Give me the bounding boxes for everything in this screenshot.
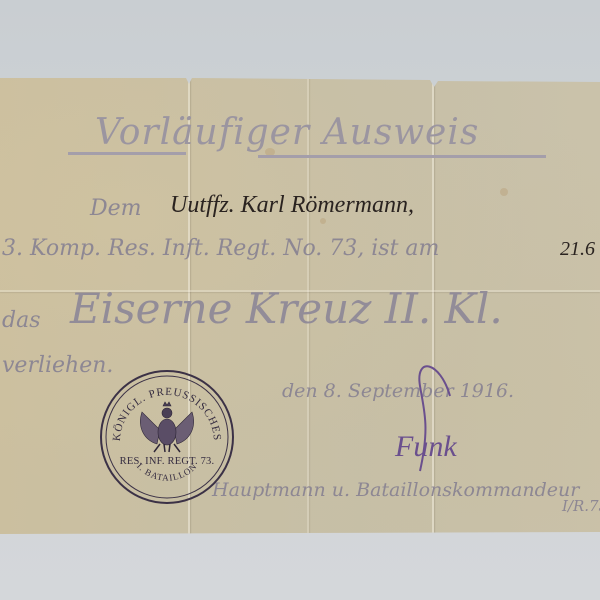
award-name: Eiserne Kreuz II. Kl. (70, 284, 503, 333)
award-date: 21.6 (560, 238, 595, 261)
line1-prefix: Dem (90, 196, 142, 221)
prussian-eagle-icon (140, 402, 193, 452)
line3-prefix: das (2, 308, 41, 333)
signature: Funk (395, 430, 457, 464)
issue-date: den 8. September 1916. (282, 380, 514, 402)
title-underline (68, 152, 186, 155)
conferred-text: verliehen. (2, 353, 113, 378)
stamp-middle-text: RES. INF. REGT. 73. (102, 456, 232, 467)
unit-abbreviation: I/R.73 (562, 497, 600, 515)
signatory-title: Hauptmann u. Bataillonskommandeur (212, 479, 579, 501)
title-underline (258, 155, 546, 158)
identity-document: Vorläufiger Ausweis Dem Uutffz. Karl Röm… (0, 78, 600, 534)
stain (500, 188, 508, 196)
regimental-stamp: KÖNIGL. PREUSSISCHES I. BATAILLON RES. I… (100, 370, 234, 504)
unit-text: 3. Komp. Res. Inft. Regt. No. 73, ist am (2, 236, 439, 261)
document-title: Vorläufiger Ausweis (95, 112, 479, 153)
recipient-name: Uutffz. Karl Römermann, (170, 192, 414, 219)
stamp-ring-text: KÖNIGL. PREUSSISCHES I. BATAILLON (102, 372, 232, 502)
